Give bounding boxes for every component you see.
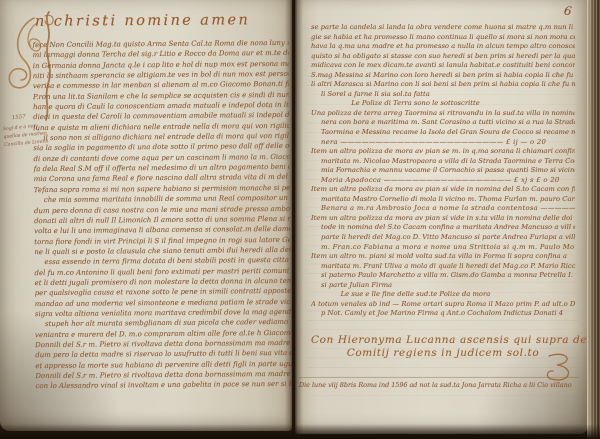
- manuscript-line: maritata m. Nicolao Mastropaora a villa …: [311, 157, 575, 167]
- manuscript-line: quisto si ha obligato si stasse con suo …: [311, 52, 575, 62]
- manuscript-line: Die lune viij 8bris Roma ind 1596 ad not…: [299, 377, 579, 391]
- pen-flourish-icon: [545, 352, 581, 386]
- manuscript-line: Una polizza de terra arreg Taormina si r…: [311, 109, 575, 119]
- manuscript-line: Benara a m.ra Ambrosio Joca a nome la st…: [311, 204, 575, 214]
- manuscript-line: con lo Alessandro vinal si involtam e un…: [35, 379, 291, 392]
- manuscript-line: Item un altro m. piani si mold volta sud…: [311, 252, 575, 262]
- manuscript-line: gie se habia et ha promesso li mano cont…: [311, 33, 575, 43]
- manuscript-line: Le sue e lle fine delle sud.te Polize da…: [311, 290, 575, 300]
- manuscript-line: parte li heredi del Mag.co D. Vitto Manc…: [311, 233, 575, 243]
- manuscript-line: li Sorel a farne li sia sol.ta fatta: [311, 90, 575, 100]
- manuscript-line: mia Fornachia e mannu vacame il Cornachi…: [311, 166, 575, 176]
- manuscript-line: Con Hieronyma Lucanna ascensis qui supra…: [311, 334, 575, 348]
- manuscript-line: si paterno Paulo Marchetto a villa m. Gi…: [311, 271, 575, 281]
- page-fore-edge: [587, 0, 600, 439]
- manuscript-line: li altri Marasca si Marino con li soi be…: [311, 80, 575, 90]
- left-page-text-block: fece Non Concilii Mag.ta quisto Arma Sen…: [32, 38, 291, 392]
- binding-gutter: [285, 0, 303, 439]
- manuscript-line: Taormina e Messina recame la Isola del G…: [311, 128, 575, 138]
- manuscript-line: hava la q.ma una madre et ha promesso a …: [311, 42, 575, 52]
- manuscript-line: se parte la candela si landa la obra ven…: [311, 23, 575, 33]
- manuscript-line: Comitij regiens in judicem sol.to: [311, 347, 575, 361]
- folio-number: 6: [563, 4, 573, 19]
- manuscript-line: Le Polize di Terra sono le sottoscritte: [311, 99, 575, 109]
- manuscript-line: p Not. Camly et Joe Marino Firma q Ant.o…: [311, 309, 575, 319]
- manuscript-line: m. Fran.co Fabiana a mora e nome una Str…: [311, 243, 575, 253]
- right-page-text-block: se parte la candela si landa la obra ven…: [311, 23, 575, 391]
- manuscript-photo: n christi nomine amen 1557 Sogl d e o mu…: [0, 0, 600, 439]
- manuscript-line: Item un altra polizza da mora av pian si…: [311, 214, 575, 224]
- manuscript-line: midicava con le mex dicam.te avanti si l…: [311, 61, 575, 71]
- manuscript-line: Maria Apadocca —————————————————— £ xj s…: [311, 176, 575, 186]
- manuscript-line: S.mag Messina si Marino con loro heredi …: [311, 71, 575, 81]
- manuscript-line: si parte Julian Firma: [311, 281, 575, 291]
- manuscript-line: nera con bora e maritima m. Sant Corasin…: [311, 118, 575, 128]
- manuscript-line: maritata Mastro Cornelio di mola li vici…: [311, 195, 575, 205]
- page-heading: n christi nomine amen: [35, 12, 250, 30]
- manuscript-line: tode in nomina del S.to Cacam confina a …: [311, 223, 575, 233]
- book-edge-shadow: [0, 424, 600, 439]
- manuscript-line: Item un altra polizza de mora av pian se…: [311, 147, 575, 157]
- right-page: 6 se parte la candela si landa la obra v…: [295, 0, 588, 434]
- manuscript-line: A totum venales ab ind — Rome ortari sup…: [311, 300, 575, 310]
- left-page: n christi nomine amen 1557 Sogl d e o mu…: [0, 0, 292, 431]
- manuscript-line: nera ——————————————————————— £ ij — o 20: [311, 138, 575, 148]
- manuscript-line: maritata m. Franl Uliva a mola di quale …: [311, 262, 575, 272]
- manuscript-line: Item un altra polizza da mora av pian si…: [311, 185, 575, 195]
